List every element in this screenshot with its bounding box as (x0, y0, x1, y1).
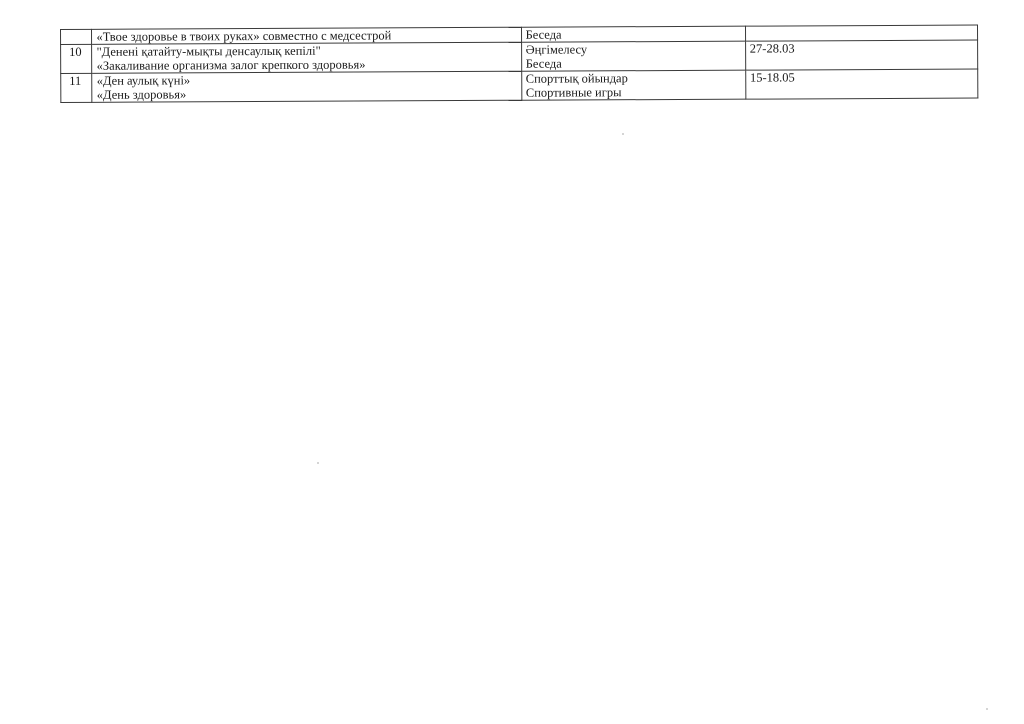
table-row: 10 "Денені қатайту-мықты денсаулық кепіл… (61, 40, 978, 73)
event-title-line: «Твое здоровье в твоих руках» совместно … (96, 28, 517, 44)
event-date (745, 25, 977, 41)
event-form-line: Беседа (526, 56, 742, 71)
event-title: «Ден аулық күні» «День здоровья» (92, 71, 521, 102)
event-title-line: «День здоровья» (97, 86, 518, 102)
event-form-line: Беседа (526, 27, 742, 42)
scan-speck (622, 133, 624, 135)
scan-speck (986, 708, 988, 710)
row-number: 11 (61, 73, 93, 102)
scanned-document-page: «Твое здоровье в твоих руках» совместно … (0, 0, 1024, 724)
events-table: «Твое здоровье в твоих руках» совместно … (60, 25, 978, 103)
table-row: 11 «Ден аулық күні» «День здоровья» Спор… (61, 69, 978, 102)
event-form: Әңгімелесу Беседа (521, 41, 745, 71)
row-number: 10 (61, 44, 93, 73)
event-form-line: Спортивные игры (526, 85, 742, 100)
event-form: Спорттық ойындар Спортивные игры (521, 70, 745, 100)
event-title: "Денені қатайту-мықты денсаулық кепілі" … (92, 42, 521, 73)
event-form-line: Спорттық ойындар (526, 71, 742, 86)
event-form: Беседа (521, 26, 745, 42)
event-date: 27-28.03 (745, 40, 977, 70)
event-date: 15-18.05 (745, 69, 977, 99)
event-form-line: Әңгімелесу (526, 42, 742, 57)
event-title-line: «Закаливание организма залог крепкого зд… (97, 57, 518, 73)
scan-speck (317, 462, 319, 464)
row-number (61, 29, 93, 44)
